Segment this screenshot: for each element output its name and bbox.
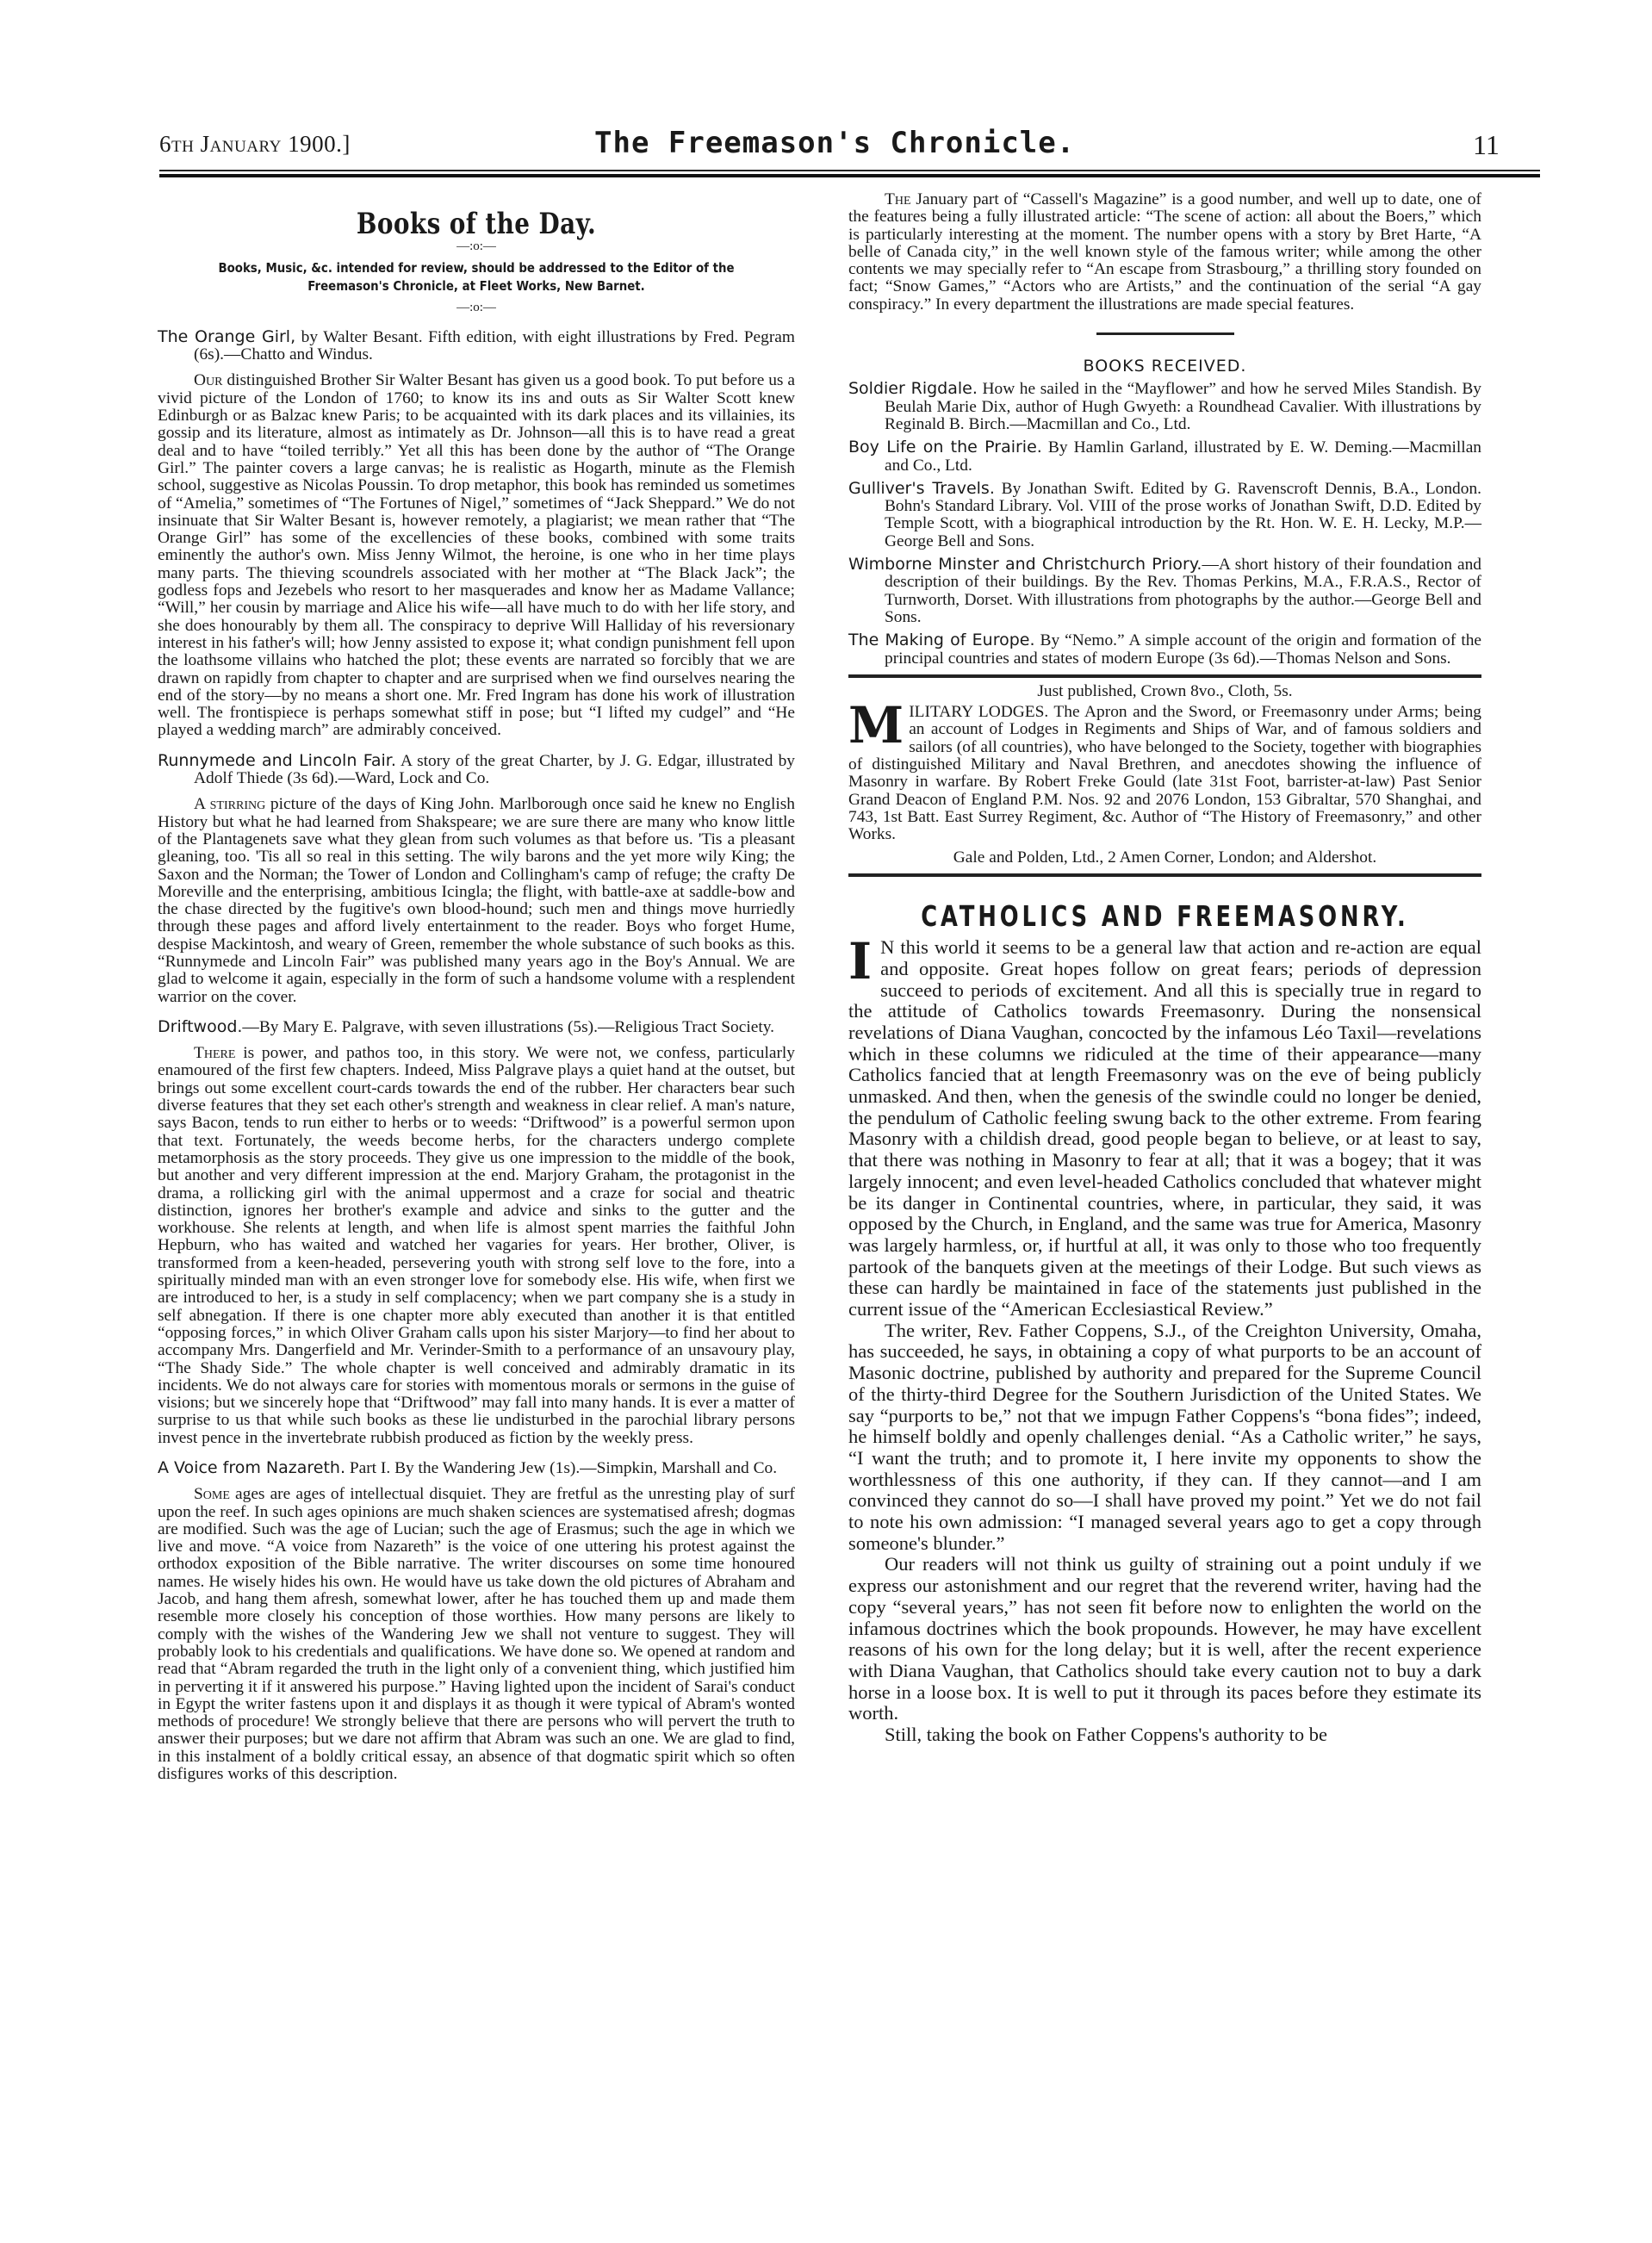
advertisement-publisher: Gale and Polden, Ltd., 2 Amen Corner, Lo… [848, 849, 1481, 867]
lead-word: Some [194, 1485, 230, 1503]
book-title: Wimborne Minster and Christchurch Priory… [848, 555, 1202, 574]
book-title: Runnymede and Lincoln Fair. [158, 751, 396, 770]
received-item: Boy Life on the Prairie. By Hamlin Garla… [848, 438, 1481, 475]
review-text: A stirring picture of the days of King J… [158, 796, 795, 1006]
drop-cap: M [848, 705, 904, 745]
book-details: —By Mary E. Palgrave, with seven illustr… [242, 1018, 774, 1036]
received-item: Soldier Rigdale. How he sailed in the “M… [848, 380, 1481, 433]
review-text: There is power, and pathos too, in this … [158, 1045, 795, 1447]
book-title: Driftwood. [158, 1017, 242, 1036]
article-paragraph: The writer, Rev. Father Coppens, S.J., o… [848, 1320, 1481, 1555]
right-column: The January part of “Cassell's Magazine”… [848, 191, 1481, 1746]
review-body: is power, and pathos too, in this story.… [158, 1044, 795, 1447]
article-title: CATHOLICS AND FREEMASONRY. [918, 908, 1412, 925]
review-text: Some ages are ages of intellectual disqu… [158, 1486, 795, 1783]
review-body: picture of the days of King John. Marlbo… [158, 795, 795, 1005]
paragraph-text: N this world it seems to be a general la… [848, 936, 1481, 1320]
received-item: Wimborne Minster and Christchurch Priory… [848, 556, 1481, 626]
review-heading: Runnymede and Lincoln Fair. A story of t… [158, 752, 795, 788]
review-entry: The Orange Girl, by Walter Besant. Fifth… [158, 328, 795, 740]
article-body: IN this world it seems to be a general l… [848, 937, 1481, 1746]
book-title: Gulliver's Travels. [848, 479, 995, 498]
review-heading: A Voice from Nazareth. Part I. By the Wa… [158, 1459, 795, 1477]
review-body: ages are ages of intellectual disquiet. … [158, 1485, 795, 1783]
review-entry: Driftwood.—By Mary E. Palgrave, with sev… [158, 1018, 795, 1447]
section-title-books-received: BOOKS RECEIVED. [848, 357, 1481, 375]
book-details: Part I. By the Wandering Jew (1s).—Simpk… [345, 1459, 777, 1477]
advertisement-heading: Just published, Crown 8vo., Cloth, 5s. [848, 683, 1481, 700]
book-title: The Making of Europe. [848, 631, 1035, 649]
drop-cap: I [848, 941, 872, 982]
left-column: Books of the Day. —:o:— Books, Music, &c… [158, 215, 795, 1783]
book-title: Soldier Rigdale. [848, 379, 978, 398]
article-paragraph: Still, taking the book on Father Coppens… [848, 1724, 1481, 1746]
book-title: A Voice from Nazareth. [158, 1458, 345, 1477]
book-title: Boy Life on the Prairie. [848, 438, 1042, 457]
cassells-text: January part of “Cassell's Magazine” is … [848, 190, 1481, 314]
section-divider [848, 873, 1481, 877]
section-title-books-of-the-day: Books of the Day. [215, 215, 738, 233]
lead-word: There [194, 1044, 235, 1062]
article-paragraph: Our readers will not think us guilty of … [848, 1554, 1481, 1724]
publication-title: The Freemason's Chronicle. [594, 126, 1075, 160]
lead-word: Our [194, 371, 222, 389]
section-divider [1096, 332, 1234, 335]
ornament-separator: —:o:— [158, 299, 795, 316]
page-number: 11 [1473, 129, 1500, 161]
masthead-rule [159, 170, 1540, 171]
review-entry: Runnymede and Lincoln Fair. A story of t… [158, 752, 795, 1006]
section-divider [848, 674, 1481, 678]
review-heading: The Orange Girl, by Walter Besant. Fifth… [158, 328, 795, 364]
masthead: 6th January 1900.] The Freemason's Chron… [159, 131, 1537, 174]
masthead-rule-thick [159, 174, 1540, 177]
lead-word: A stirring [194, 795, 265, 813]
lead-word: The [885, 190, 911, 208]
advertisement-text: ILITARY LODGES. The Apron and the Sword,… [848, 703, 1481, 843]
review-heading: Driftwood.—By Mary E. Palgrave, with sev… [158, 1018, 795, 1036]
review-entry: A Voice from Nazareth. Part I. By the Wa… [158, 1459, 795, 1783]
review-notice: Books, Music, &c. intended for review, s… [202, 259, 750, 295]
review-text: Our distinguished Brother Sir Walter Bes… [158, 372, 795, 739]
cassells-magazine-notice: The January part of “Cassell's Magazine”… [848, 191, 1481, 314]
review-body: distinguished Brother Sir Walter Besant … [158, 371, 795, 739]
issue-date: 6th January 1900.] [159, 131, 351, 158]
advertisement-body: MILITARY LODGES. The Apron and the Sword… [848, 704, 1481, 843]
article-paragraph: IN this world it seems to be a general l… [848, 937, 1481, 1320]
received-item: The Making of Europe. By “Nemo.” A simpl… [848, 631, 1481, 668]
book-title: The Orange Girl, [158, 327, 295, 346]
received-item: Gulliver's Travels. By Jonathan Swift. E… [848, 480, 1481, 550]
